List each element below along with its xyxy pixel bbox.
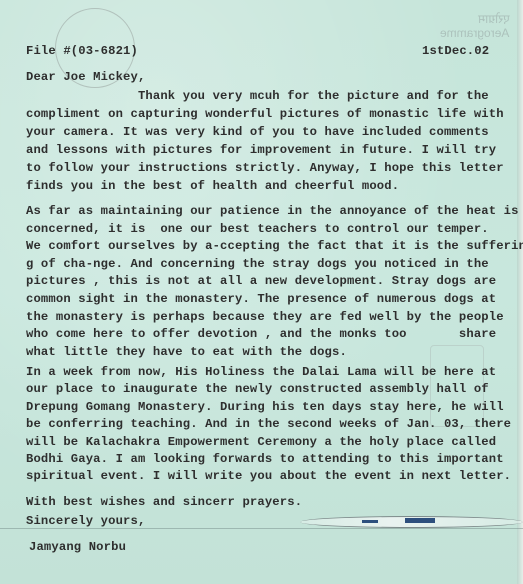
fold-line: [0, 528, 523, 529]
aerogramme-mark: एरोग्राम Aerogramme: [440, 12, 509, 40]
letter-line: Thank you very mcuh for the picture and …: [26, 89, 489, 104]
letter-line: pictures , this is not at all a new deve…: [26, 274, 496, 289]
letter-line: be conferring teaching. And in the secon…: [26, 417, 511, 432]
letter-line: and lessons with pictures for improvemen…: [26, 143, 496, 158]
signature: Jamyang Norbu: [29, 540, 126, 555]
letter-line: finds you in the best of health and chee…: [26, 179, 399, 194]
tear-blue-mark: [362, 520, 378, 523]
closing-wishes: With best wishes and sincerr prayers.: [26, 495, 302, 510]
letter-line: concerned, it is one our best teachers t…: [26, 222, 489, 237]
tear-blue-mark: [405, 518, 435, 523]
letter-date: 1stDec.02: [422, 44, 489, 59]
aerogramme-english: Aerogramme: [440, 26, 509, 40]
letter-line: As far as maintaining our patience in th…: [26, 204, 519, 219]
letter-line: spiritual event. I will write you about …: [26, 469, 511, 484]
letter-line: the monastery is perhaps because they ar…: [26, 310, 504, 325]
file-number: File #(03-6821): [26, 44, 138, 59]
letter-line: your camera. It was very kind of you to …: [26, 125, 489, 140]
letter-line: who come here to offer devotion , and th…: [26, 327, 496, 342]
letter-line: to follow your instructions strictly. An…: [26, 161, 504, 176]
letter-line: will be Kalachakra Empowerment Ceremony …: [26, 435, 496, 450]
letter-line: Drepung Gomang Monastery. During his ten…: [26, 400, 504, 415]
letter-line: Bodhi Gaya. I am looking forwards to att…: [26, 452, 504, 467]
letter-line: g of cha-nge. And concerning the stray d…: [26, 257, 489, 272]
letter-line: We comfort ourselves by a-ccepting the f…: [26, 239, 523, 254]
salutation: Dear Joe Mickey,: [26, 70, 145, 85]
aerogramme-hindi: एरोग्राम: [478, 12, 510, 26]
letter-line: our place to inaugurate the newly constr…: [26, 382, 489, 397]
letter-line: common sight in the monastery. The prese…: [26, 292, 496, 307]
letter-line: compliment on capturing wonderful pictur…: [26, 107, 504, 122]
letter-line: In a week from now, His Holiness the Dal…: [26, 365, 496, 380]
closing: Sincerely yours,: [26, 514, 145, 529]
letter-line: what little they have to eat with the do…: [26, 345, 347, 360]
paper-edge: [517, 0, 523, 584]
